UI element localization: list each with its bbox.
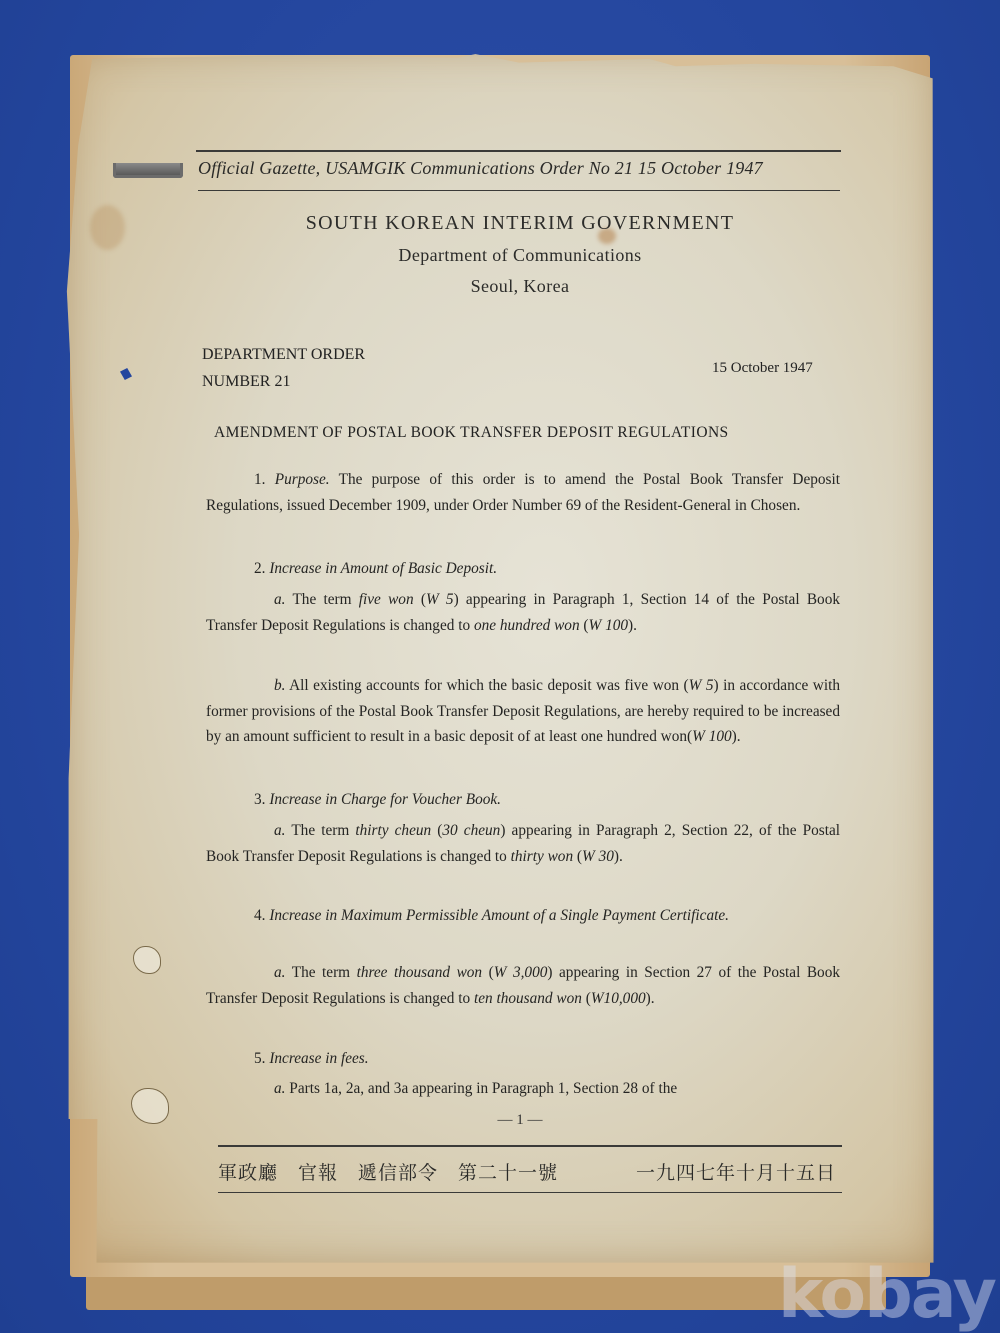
item-text: ( [414,591,426,608]
item-term: 30 cheun [442,822,500,839]
item-label: a. [274,964,285,981]
item-term: W 100 [692,728,732,745]
section-heading: Increase in fees. [269,1050,368,1067]
section-number: 3. [254,791,265,808]
section-3: 3. Increase in Charge for Voucher Book. [206,787,840,813]
location: Seoul, Korea [200,276,840,297]
section-2b: b. All existing accounts for which the b… [206,673,840,750]
section-heading: Increase in Amount of Basic Deposit. [269,560,497,577]
item-term: W 3,000 [494,964,548,981]
item-label: b. [274,677,285,694]
item-term: W 5 [426,591,454,608]
item-text: ( [431,822,442,839]
section-number: 2. [254,560,265,577]
item-term: W 5 [689,677,714,694]
order-label: DEPARTMENT ORDER NUMBER 21 [202,341,365,395]
item-term: W 100 [589,617,629,634]
item-term: one hundred won [474,617,580,634]
item-term: thirty cheun [355,822,431,839]
section-heading: Purpose. [275,471,330,488]
staple-icon [113,163,183,178]
item-text: The term [285,964,356,981]
item-text: ). [732,728,741,745]
section-heading: Increase in Charge for Voucher Book. [269,791,501,808]
item-text: ). [614,848,623,865]
section-heading: Increase in Maximum Permissible Amount o… [269,907,729,924]
footer-cjk-publication: 軍政廳 官報 遞信部令 第二十一號 [218,1158,558,1185]
section-4a: a. The term three thousand won (W 3,000)… [206,960,840,1011]
section-1: 1. Purpose. The purpose of this order is… [206,467,840,518]
order-number: NUMBER 21 [202,368,365,395]
footer-rule-bottom [218,1192,842,1193]
document-title: AMENDMENT OF POSTAL BOOK TRANSFER DEPOSI… [214,424,729,442]
section-number: 1. [254,471,265,488]
section-2a: a. The term five won (W 5) appearing in … [206,587,840,638]
age-stain [90,205,125,250]
item-text: All existing accounts for which the basi… [285,677,688,694]
item-text: ( [573,848,582,865]
item-term: thirty won [511,848,573,865]
item-term: five won [359,591,414,608]
item-text: Parts 1a, 2a, and 3a appearing in Paragr… [285,1080,677,1097]
item-label: a. [274,1080,285,1097]
item-term: three thousand won [357,964,483,981]
gazette-header: Official Gazette, USAMGIK Communications… [198,158,838,179]
watermark-logo: kobay [778,1255,995,1333]
item-term: W10,000 [591,990,646,1007]
footer-rule-top [218,1145,842,1147]
page-number: — 1 — [200,1112,840,1129]
header-rule-bottom [198,190,840,191]
item-term: W 30 [582,848,614,865]
item-label: a. [274,591,285,608]
item-text: ). [646,990,655,1007]
order-label-line1: DEPARTMENT ORDER [202,341,365,368]
section-number: 5. [254,1050,265,1067]
item-text: ( [582,990,591,1007]
section-2: 2. Increase in Amount of Basic Deposit. [206,556,840,582]
footer-cjk-date: 一九四七年十月十五日 [636,1158,836,1185]
order-date: 15 October 1947 [712,360,813,377]
organization-name: SOUTH KOREAN INTERIM GOVERNMENT [200,212,840,235]
item-text: The term [285,591,358,608]
item-label: a. [274,822,285,839]
header-rule-top [196,150,841,152]
section-4: 4. Increase in Maximum Permissible Amoun… [206,903,840,929]
section-5a: a. Parts 1a, 2a, and 3a appearing in Par… [206,1076,840,1102]
department-name: Department of Communications [200,245,840,266]
item-text: ( [580,617,589,634]
section-number: 4. [254,907,265,924]
section-3a: a. The term thirty cheun (30 cheun) appe… [206,818,840,869]
section-5: 5. Increase in fees. [206,1046,840,1072]
item-text: The term [285,822,355,839]
item-term: ten thousand won [474,990,582,1007]
item-text: ( [482,964,494,981]
item-text: ). [628,617,637,634]
